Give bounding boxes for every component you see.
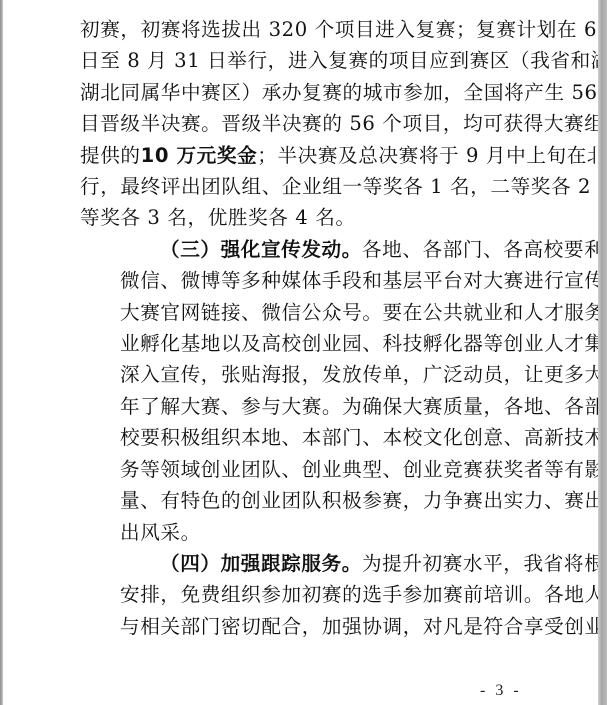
bold-text: （三）强化宣传发动。 — [160, 238, 362, 261]
text-run: 务等领域创业团队、创业典型、创业竞赛获奖者等有影响、有质 — [120, 458, 607, 481]
text-run: 出风采。 — [120, 521, 201, 544]
text-line: 深入宣传，张贴海报，发放传单，广泛动员，让更多大学生和青 — [80, 359, 526, 390]
text-line: 提供的10 万元奖金；半决赛及总决赛将于 9 月中上旬在北京举 — [80, 140, 526, 171]
text-line: 年了解大赛、参与大赛。为确保大赛质量，各地、各部门、各高 — [80, 391, 526, 422]
text-line: （三）强化宣传发动。各地、各部门、各高校要利用网站、 — [80, 234, 526, 265]
text-run: 微信、微博等多种媒体手段和基层平台对大赛进行宣传，并提供 — [120, 269, 607, 292]
page-number: - 3 - — [480, 682, 522, 700]
text-line: 日至 8 月 31 日举行，进入复赛的项目应到赛区（我省和湖南、 — [80, 45, 526, 76]
text-line: 湖北同属华中赛区）承办复赛的城市参加，全国将产生 56 个项 — [80, 77, 526, 108]
bold-text: 10 万元奖金 — [141, 144, 258, 167]
text-run: 与相关部门密切配合，加强协调，对凡是符合享受创业扶持政策 — [120, 615, 607, 638]
text-run: 各地、各部门、各高校要利用网站、 — [362, 238, 607, 261]
text-line: 等奖各 3 名，优胜奖各 4 名。 — [80, 202, 526, 233]
text-line: 与相关部门密切配合，加强协调，对凡是符合享受创业扶持政策 — [80, 611, 526, 642]
text-line: 行，最终评出团队组、企业组一等奖各 1 名，二等奖各 2 名，三 — [80, 171, 526, 202]
text-run: ；半决赛及总决赛将于 9 月中上旬在北京举 — [257, 144, 607, 167]
text-run: 湖北同属华中赛区）承办复赛的城市参加，全国将产生 56 个项 — [80, 81, 607, 104]
text-line: 务等领域创业团队、创业典型、创业竞赛获奖者等有影响、有质 — [80, 454, 526, 485]
text-run: 目晋级半决赛。晋级半决赛的 56 个项目，均可获得大赛组委会 — [80, 112, 607, 135]
text-run: 校要积极组织本地、本部门、本校文化创意、高新技术、电子商 — [120, 426, 607, 449]
text-run: 业孵化基地以及高校创业园、科技孵化器等创业人才集聚的地方 — [120, 332, 607, 355]
text-line: 量、有特色的创业团队积极参赛，力争赛出实力、赛出成绩、赛 — [80, 485, 526, 516]
page-body-text: 初赛，初赛将选拔出 320 个项目进入复赛；复赛计划在 6 月 15日至 8 月… — [80, 14, 526, 642]
text-run: 行，最终评出团队组、企业组一等奖各 1 名，二等奖各 2 名，三 — [80, 175, 607, 198]
text-run: 年了解大赛、参与大赛。为确保大赛质量，各地、各部门、各高 — [120, 395, 607, 418]
text-line: 初赛，初赛将选拔出 320 个项目进入复赛；复赛计划在 6 月 15 — [80, 14, 526, 45]
text-run: 深入宣传，张贴海报，发放传单，广泛动员，让更多大学生和青 — [120, 363, 607, 386]
text-line: 微信、微博等多种媒体手段和基层平台对大赛进行宣传，并提供 — [80, 265, 526, 296]
text-line: 校要积极组织本地、本部门、本校文化创意、高新技术、电子商 — [80, 422, 526, 453]
text-line: 大赛官网链接、微信公众号。要在公共就业和人才服务机构、创 — [80, 297, 526, 328]
bold-text: （四）加强跟踪服务。 — [160, 552, 362, 575]
scrollbar-track[interactable] — [598, 0, 607, 705]
text-run: 为提升初赛水平，我省将根据时间 — [362, 552, 607, 575]
text-run: 初赛，初赛将选拔出 320 个项目进入复赛；复赛计划在 6 月 15 — [80, 18, 607, 41]
document-viewer: 初赛，初赛将选拔出 320 个项目进入复赛；复赛计划在 6 月 15日至 8 月… — [0, 0, 607, 705]
paragraph-publicity: （三）强化宣传发动。各地、各部门、各高校要利用网站、微信、微博等多种媒体手段和基… — [80, 234, 526, 548]
text-run: 日至 8 月 31 日举行，进入复赛的项目应到赛区（我省和湖南、 — [80, 49, 607, 72]
text-line: 目晋级半决赛。晋级半决赛的 56 个项目，均可获得大赛组委会 — [80, 108, 526, 139]
text-line: 出风采。 — [80, 517, 526, 548]
text-run: 量、有特色的创业团队积极参赛，力争赛出实力、赛出成绩、赛 — [120, 489, 607, 512]
text-run: 提供的 — [80, 144, 141, 167]
text-line: 业孵化基地以及高校创业园、科技孵化器等创业人才集聚的地方 — [80, 328, 526, 359]
paragraph-competition-schedule: 初赛，初赛将选拔出 320 个项目进入复赛；复赛计划在 6 月 15日至 8 月… — [80, 14, 526, 234]
text-line: 安排，免费组织参加初赛的选手参加赛前培训。各地人社部门要 — [80, 579, 526, 610]
paragraph-follow-up: （四）加强跟踪服务。为提升初赛水平，我省将根据时间安排，免费组织参加初赛的选手参… — [80, 548, 526, 642]
document-page: 初赛，初赛将选拔出 320 个项目进入复赛；复赛计划在 6 月 15日至 8 月… — [3, 0, 598, 705]
text-run: 等奖各 3 名，优胜奖各 4 名。 — [80, 206, 356, 229]
text-run: 大赛官网链接、微信公众号。要在公共就业和人才服务机构、创 — [120, 301, 607, 324]
text-run: 安排，免费组织参加初赛的选手参加赛前培训。各地人社部门要 — [120, 583, 607, 606]
text-line: （四）加强跟踪服务。为提升初赛水平，我省将根据时间 — [80, 548, 526, 579]
